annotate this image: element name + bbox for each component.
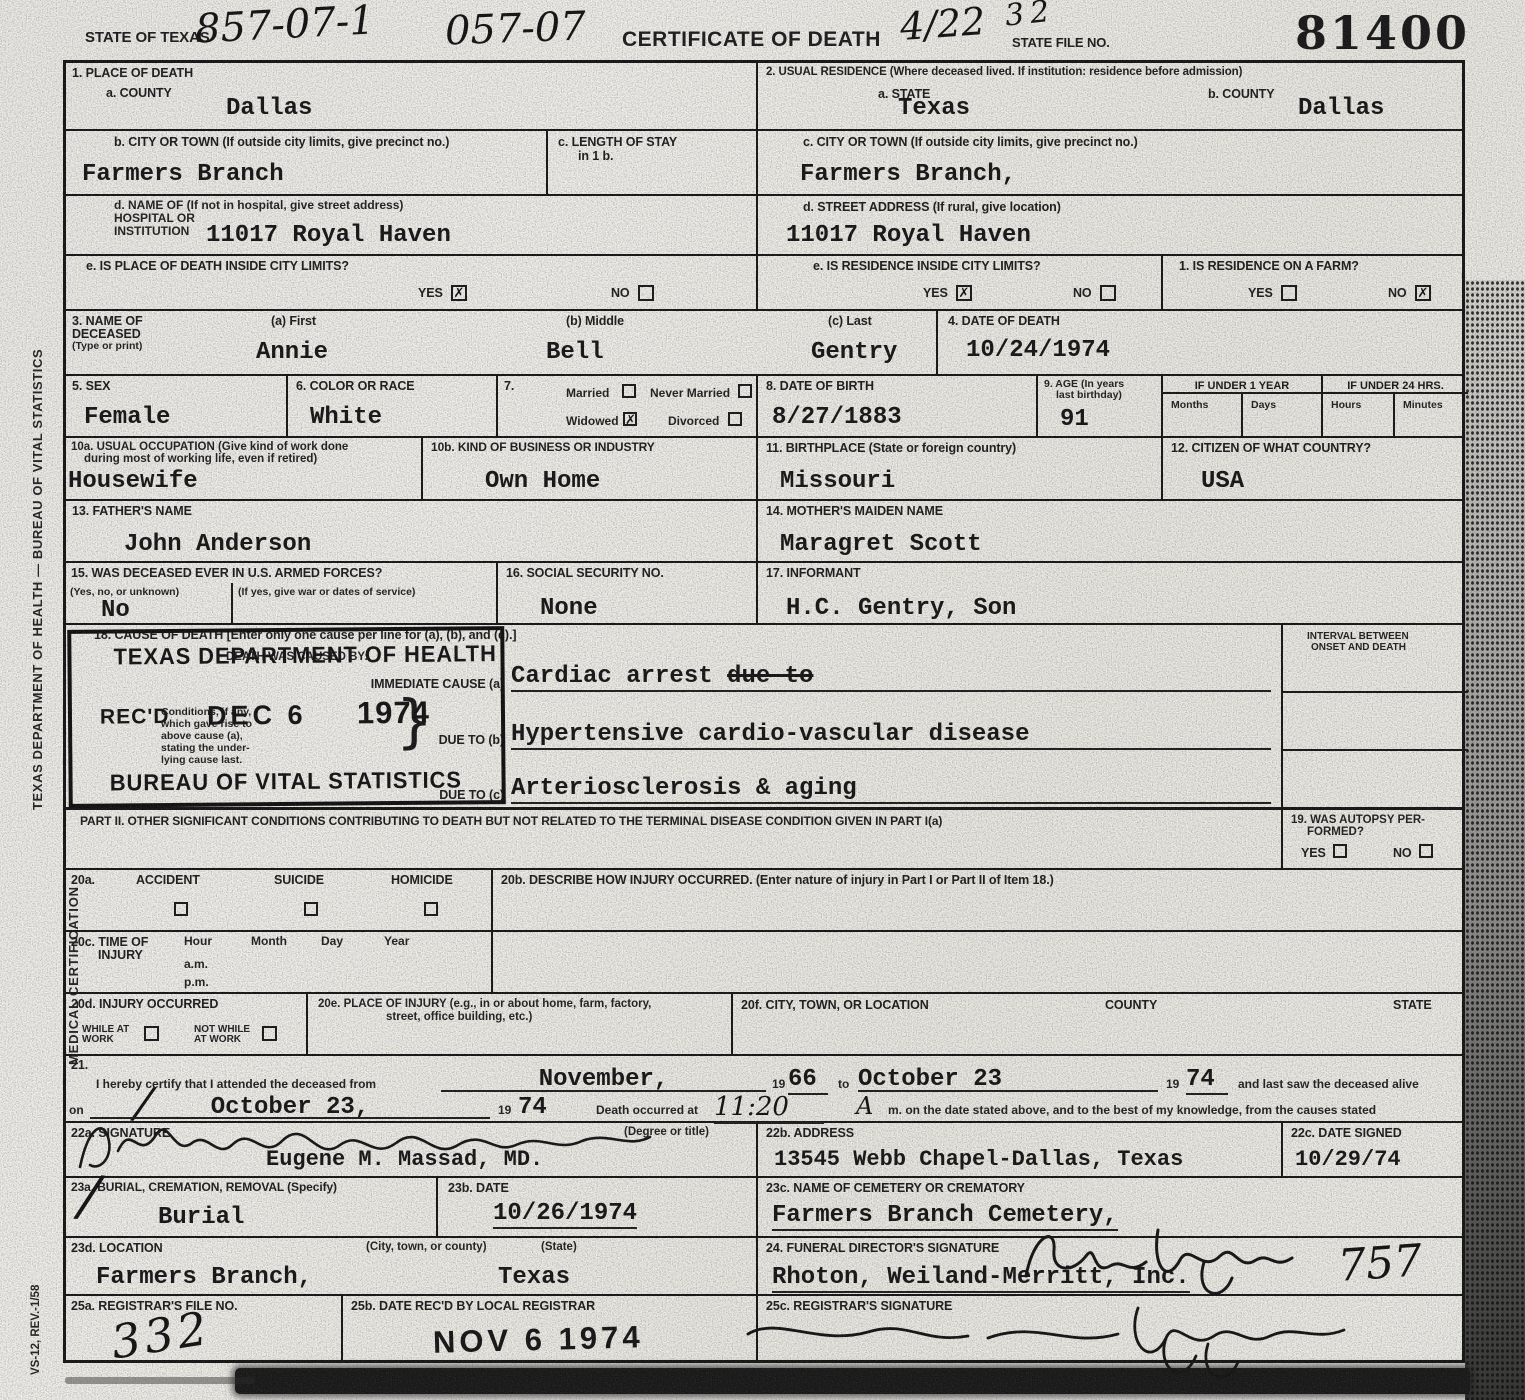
am-label: a.m. (184, 958, 208, 971)
certify-text-2: and last saw the deceased alive (1238, 1078, 1419, 1091)
certify-to-year: 74 (1186, 1066, 1228, 1095)
armed-forces-label: 15. WAS DECEASED EVER IN U.S. ARMED FORC… (71, 566, 382, 580)
field-registrar-date: 25b. DATE REC'D BY LOCAL REGISTRAR NOV 6… (341, 1296, 756, 1363)
name-first-label: (a) First (271, 314, 316, 328)
stamp-line-1: TEXAS DEPARTMENT OF HEALTH (113, 640, 496, 670)
row-12: 20a. ACCIDENT SUICIDE HOMICIDE 20b. DESC… (66, 870, 1462, 932)
row-11: PART II. OTHER SIGNIFICANT CONDITIONS CO… (66, 810, 1462, 870)
row-18: 23d. LOCATION (City, town, or county) (S… (66, 1238, 1462, 1296)
race-value: White (310, 404, 382, 431)
industry-value: Own Home (485, 468, 600, 495)
pm-label: p.m. (184, 976, 209, 989)
interval-label-2: ONSET AND DEATH (1311, 642, 1406, 653)
row-6: 5. SEX Female 6. COLOR OR RACE White 7. … (66, 376, 1462, 438)
field-injury-occurred: 20d. INJURY OCCURRED WHILE AT WORK NOT W… (66, 994, 306, 1054)
department-vertical-label: TEXAS DEPARTMENT OF HEALTH — BUREAU OF V… (30, 235, 45, 810)
field-place-of-injury: 20e. PLACE OF INJURY (e.g., in or about … (306, 994, 731, 1054)
certify-to-word: to (838, 1078, 849, 1091)
certify-from-value: November, (539, 1066, 669, 1093)
name-label-2: DECEASED (72, 327, 141, 341)
field-place-city: b. CITY OR TOWN (If outside city limits,… (66, 131, 546, 194)
usual-residence-label: 2. USUAL RESIDENCE (Where deceased lived… (766, 66, 1242, 79)
address-value: 13545 Webb Chapel-Dallas, Texas (774, 1147, 1183, 1172)
manner-label: 20a. (71, 873, 95, 887)
funeral-director-hw-number: 757 (1336, 1235, 1423, 1292)
field-physician-address: 22b. ADDRESS 13545 Webb Chapel-Dallas, T… (756, 1123, 1281, 1176)
accident-label: ACCIDENT (136, 873, 200, 887)
row-7: 10a. USUAL OCCUPATION (Give kind of work… (66, 438, 1462, 501)
dob-value: 8/27/1883 (772, 404, 902, 431)
field-birthplace: 11. BIRTHPLACE (State or foreign country… (756, 438, 1161, 499)
field-if-under-1-year: IF UNDER 1 YEAR Months Days (1161, 376, 1321, 436)
suicide-label: SUICIDE (274, 873, 324, 887)
field-manner-of-death: 20a. ACCIDENT SUICIDE HOMICIDE (66, 870, 491, 930)
citizen-label: 12. CITIZEN OF WHAT COUNTRY? (1171, 441, 1371, 455)
certify-to-line: October 23 (858, 1066, 1158, 1092)
page-header: STATE OF TEXAS 857-07-1 057-07 CERTIFICA… (0, 0, 1525, 60)
field-ssn: 16. SOCIAL SECURITY NO. None (496, 563, 756, 623)
how-injury-label: 20b. DESCRIBE HOW INJURY OCCURRED. (Ente… (501, 873, 1054, 887)
name-first-value: Annie (256, 339, 328, 366)
physician-signature (66, 1101, 706, 1179)
field-informant: 17. INFORMANT H.C. Gentry, Son (756, 563, 1468, 623)
field-race: 6. COLOR OR RACE White (286, 376, 496, 436)
residence-state-value: Texas (898, 95, 970, 122)
while-at-work-label-2: WORK (82, 1034, 114, 1045)
location-state-sub-label: (State) (541, 1241, 577, 1254)
field-how-injury-occurred: 20b. DESCRIBE HOW INJURY OCCURRED. (Ente… (491, 870, 1468, 930)
due-to-c-value: Arteriosclerosis & aging (511, 775, 1271, 804)
field-registrar-signature: 25c. REGISTRAR'S SIGNATURE (756, 1296, 1468, 1363)
row-1: 1. PLACE OF DEATH a. COUNTY Dallas 2. US… (66, 63, 1462, 131)
sex-label: 5. SEX (72, 379, 110, 393)
place-limits-no-checkbox (638, 285, 654, 301)
marital-label: 7. (504, 379, 514, 393)
row-9: 15. WAS DECEASED EVER IN U.S. ARMED FORC… (66, 563, 1462, 625)
part2-label: PART II. OTHER SIGNIFICANT CONDITIONS CO… (80, 815, 942, 828)
month-label: Month (251, 935, 287, 948)
farm-no-label: NO (1388, 286, 1407, 300)
name-last-label: (c) Last (828, 314, 872, 328)
months-label: Months (1171, 400, 1208, 412)
homicide-label: HOMICIDE (391, 873, 453, 887)
certify-ampm-value: A (856, 1092, 873, 1120)
field-name-of-deceased: 3. NAME OF DECEASED (Type or print) (a) … (66, 311, 936, 374)
row-5: 3. NAME OF DECEASED (Type or print) (a) … (66, 311, 1462, 376)
under-1-year-divider (1241, 394, 1243, 436)
autopsy-label-2: FORMED? (1307, 826, 1364, 839)
date-signed-label: 22c. DATE SIGNED (1291, 1126, 1402, 1140)
father-value: John Anderson (124, 531, 311, 558)
dob-label: 8. DATE OF BIRTH (766, 379, 874, 393)
scan-bottom-smudge-left (65, 1377, 255, 1384)
name-middle-value: Bell (546, 339, 604, 366)
field-mother: 14. MOTHER'S MAIDEN NAME Maragret Scott (756, 501, 1468, 561)
armed-forces-sub2: (If yes, give war or dates of service) (238, 587, 415, 599)
marital-never-checkbox (738, 384, 752, 398)
name-middle-label: (b) Middle (566, 314, 624, 328)
field-disposition-date: 23b. DATE 10/26/1974 (436, 1178, 756, 1236)
field-street-address: d. STREET ADDRESS (If rural, give locati… (756, 196, 1468, 254)
field-length-of-stay: c. LENGTH OF STAY in 1 b. (546, 131, 756, 194)
death-certificate-form: 1. PLACE OF DEATH a. COUNTY Dallas 2. US… (63, 60, 1465, 1363)
field-date-of-death: 4. DATE OF DEATH 10/24/1974 (936, 311, 1468, 374)
autopsy-label-1: 19. WAS AUTOPSY PER- (1291, 814, 1425, 827)
field-marital-status: 7. Married Never Married Widowed ✗ Divor… (496, 376, 756, 436)
place-limits-no-label: NO (611, 286, 630, 300)
field-hospital: d. NAME OF (If not in hospital, give str… (66, 196, 756, 254)
field-injury-city: 20f. CITY, TOWN, OR LOCATION COUNTY STAT… (731, 994, 1468, 1054)
residence-limits-label: e. IS RESIDENCE INSIDE CITY LIMITS? (813, 259, 1041, 273)
stamp-date: DEC 6 (207, 700, 307, 732)
handwritten-code-4: 32 (1003, 0, 1057, 34)
homicide-checkbox (424, 902, 438, 916)
autopsy-yes-checkbox (1333, 844, 1347, 858)
citizen-value: USA (1201, 468, 1244, 495)
occupation-label-1: 10a. USUAL OCCUPATION (Give kind of work… (71, 441, 348, 454)
place-limits-label: e. IS PLACE OF DEATH INSIDE CITY LIMITS? (86, 259, 349, 273)
ssn-label: 16. SOCIAL SECURITY NO. (506, 566, 664, 580)
immediate-cause-value: Cardiac arrest due to (511, 663, 1271, 692)
state-file-no-label: STATE FILE NO. (1012, 36, 1110, 51)
place-injury-label-1: 20e. PLACE OF INJURY (e.g., in or about … (318, 998, 651, 1011)
field-registrar-file: 25a. REGISTRAR'S FILE NO. 332 (66, 1296, 341, 1363)
residence-limits-no-checkbox (1100, 285, 1116, 301)
row-2: b. CITY OR TOWN (If outside city limits,… (66, 131, 1462, 196)
location-state-value: Texas (498, 1264, 570, 1291)
row-16: 22a. SIGNATURE (Degree or title) Eugene … (66, 1123, 1462, 1178)
handwritten-code-2: 057-07 (444, 4, 586, 55)
field-funeral-director: 24. FUNERAL DIRECTOR'S SIGNATURE Rhoton,… (756, 1238, 1468, 1294)
place-county-value: Dallas (226, 95, 312, 122)
location-city-sub-label: (City, town, or county) (366, 1241, 487, 1254)
field-armed-forces: 15. WAS DECEASED EVER IN U.S. ARMED FORC… (66, 563, 496, 623)
row-13: 20c. TIME OF INJURY Hour Month Day Year … (66, 932, 1462, 994)
farm-label: 1. IS RESIDENCE ON A FARM? (1179, 259, 1359, 273)
farm-no-checkbox: ✗ (1415, 285, 1431, 301)
field-residence-inside-limits: e. IS RESIDENCE INSIDE CITY LIMITS? YES … (756, 256, 1161, 309)
street-address-label: d. STREET ADDRESS (If rural, give locati… (803, 200, 1061, 214)
residence-limits-yes-checkbox: ✗ (956, 285, 972, 301)
field-time-of-injury: 20c. TIME OF INJURY Hour Month Day Year … (66, 932, 491, 992)
under-24-divider (1393, 394, 1395, 436)
field-age: 9. AGE (In years last birthday) 91 (1036, 376, 1161, 436)
time-injury-label-1: 20c. TIME OF (71, 935, 148, 949)
place-of-death-label: 1. PLACE OF DEATH (72, 66, 193, 80)
field-industry: 10b. KIND OF BUSINESS OR INDUSTRY Own Ho… (421, 438, 756, 499)
industry-label: 10b. KIND OF BUSINESS OR INDUSTRY (431, 441, 655, 454)
certify-number: 21. (71, 1058, 88, 1072)
field-autopsy: 19. WAS AUTOPSY PER- FORMED? YES NO (1281, 810, 1468, 868)
state-of-texas-label: STATE OF TEXAS (85, 30, 210, 47)
received-stamp: TEXAS DEPARTMENT OF HEALTH REC'D DEC 6 1… (67, 626, 506, 808)
disposition-date-value: 10/26/1974 (493, 1200, 637, 1229)
farm-yes-label: YES (1248, 286, 1273, 300)
accident-checkbox (174, 902, 188, 916)
field-residence-on-farm: 1. IS RESIDENCE ON A FARM? YES NO ✗ (1161, 256, 1468, 309)
marital-widowed-label: Widowed (566, 415, 619, 428)
year-label: Year (384, 935, 409, 948)
age-value: 91 (1060, 406, 1089, 433)
farm-yes-checkbox (1281, 285, 1297, 301)
field-how-injury-continued (491, 932, 1468, 992)
hour-label: Hour (184, 935, 212, 948)
not-while-checkbox (262, 1026, 277, 1041)
field-part2: PART II. OTHER SIGNIFICANT CONDITIONS CO… (66, 810, 1281, 868)
time-injury-label-2: INJURY (98, 948, 143, 962)
minutes-label: Minutes (1403, 400, 1443, 412)
stamp-line-3: BUREAU OF VITAL STATISTICS (110, 766, 462, 796)
name-label-1: 3. NAME OF (72, 314, 143, 328)
under-24-header: IF UNDER 24 HRS. (1323, 376, 1468, 394)
residence-city-value: Farmers Branch, (800, 161, 1016, 188)
autopsy-yes-label: YES (1301, 846, 1326, 860)
armed-forces-divider (231, 583, 233, 625)
state-file-number: 81400 (1295, 6, 1470, 60)
injury-state-label: STATE (1393, 998, 1432, 1012)
form-code-vertical-label: VS-12, REV.-1/58 (30, 1165, 42, 1375)
certify-from-line: November, (441, 1066, 766, 1092)
row-4: e. IS PLACE OF DEATH INSIDE CITY LIMITS?… (66, 256, 1462, 311)
field-interval-onset-death: INTERVAL BETWEEN ONSET AND DEATH (1281, 625, 1468, 807)
not-while-label-2: AT WORK (194, 1034, 241, 1045)
immediate-cause-text: Cardiac arrest (511, 663, 727, 690)
funeral-director-signature (1008, 1212, 1338, 1304)
residence-limits-no-label: NO (1073, 286, 1092, 300)
field-sex: 5. SEX Female (66, 376, 286, 436)
place-limits-yes-checkbox: ✗ (451, 285, 467, 301)
disposition-label: 23a. BURIAL, CREMATION, REMOVAL (Specify… (71, 1181, 337, 1194)
informant-label: 17. INFORMANT (766, 566, 861, 580)
mother-label: 14. MOTHER'S MAIDEN NAME (766, 504, 943, 518)
disposition-date-label: 23b. DATE (448, 1181, 509, 1195)
field-disposition: 23a. BURIAL, CREMATION, REMOVAL (Specify… (66, 1178, 436, 1236)
handwritten-code-3: 4/22 (899, 0, 987, 49)
field-if-under-24-hrs: IF UNDER 24 HRS. Hours Minutes (1321, 376, 1468, 436)
field-usual-residence: 2. USUAL RESIDENCE (Where deceased lived… (756, 63, 1468, 129)
stamp-recd: REC'D (100, 705, 170, 730)
stamp-year: 1974 (357, 695, 430, 732)
field-date-signed: 22c. DATE SIGNED 10/29/74 (1281, 1123, 1468, 1176)
date-of-death-label: 4. DATE OF DEATH (948, 314, 1060, 328)
certify-from-year: 66 (788, 1066, 828, 1095)
place-city-label: b. CITY OR TOWN (If outside city limits,… (114, 135, 449, 149)
date-of-death-value: 10/24/1974 (966, 337, 1110, 364)
row-19: 25a. REGISTRAR'S FILE NO. 332 25b. DATE … (66, 1296, 1462, 1363)
while-at-work-checkbox (144, 1026, 159, 1041)
ssn-value: None (540, 595, 598, 622)
field-father: 13. FATHER'S NAME John Anderson (66, 501, 756, 561)
immediate-cause-struck-text: due to (727, 663, 813, 690)
informant-value: H.C. Gentry, Son (786, 595, 1016, 622)
interval-line-b (1283, 749, 1468, 751)
name-last-value: Gentry (811, 339, 897, 366)
row-8: 13. FATHER'S NAME John Anderson 14. MOTH… (66, 501, 1462, 563)
interval-line-a (1283, 691, 1468, 693)
funeral-director-label: 24. FUNERAL DIRECTOR'S SIGNATURE (766, 1241, 999, 1255)
father-label: 13. FATHER'S NAME (72, 504, 192, 518)
birthplace-label: 11. BIRTHPLACE (State or foreign country… (766, 441, 1016, 455)
certify-to-value: October 23 (858, 1066, 1002, 1093)
place-county-label: a. COUNTY (106, 86, 172, 100)
injury-occurred-label: 20d. INJURY OCCURRED (71, 997, 218, 1011)
marital-divorced-label: Divorced (668, 415, 719, 428)
scan-edge-band (1465, 280, 1525, 1400)
length-of-stay-label-1: c. LENGTH OF STAY (558, 135, 677, 149)
cemetery-label: 23c. NAME OF CEMETERY OR CREMATORY (766, 1181, 1025, 1195)
injury-city-label: 20f. CITY, TOWN, OR LOCATION (741, 998, 929, 1012)
hospital-value: 11017 Royal Haven (206, 222, 451, 249)
address-label: 22b. ADDRESS (766, 1126, 854, 1140)
field-residence-city: c. CITY OR TOWN (If outside city limits,… (756, 131, 1468, 194)
field-occupation: 10a. USUAL OCCUPATION (Give kind of work… (66, 438, 421, 499)
marital-married-checkbox (622, 384, 636, 398)
birthplace-value: Missouri (780, 468, 895, 495)
registrar-date-label: 25b. DATE REC'D BY LOCAL REGISTRAR (351, 1299, 595, 1313)
interval-label-1: INTERVAL BETWEEN (1307, 631, 1409, 642)
sex-value: Female (84, 404, 170, 431)
age-label-2: last birthday) (1056, 390, 1122, 402)
location-label: 23d. LOCATION (71, 1241, 163, 1255)
occupation-label-2: during most of working life, even if ret… (84, 453, 317, 466)
certify-to-19: 19 (1166, 1078, 1179, 1091)
suicide-checkbox (304, 902, 318, 916)
residence-county-label: b. COUNTY (1208, 87, 1274, 101)
mother-value: Maragret Scott (780, 531, 982, 558)
armed-forces-value: No (101, 597, 130, 624)
row-14: 20d. INJURY OCCURRED WHILE AT WORK NOT W… (66, 994, 1462, 1056)
marital-married-label: Married (566, 387, 609, 400)
marital-widowed-checkbox: ✗ (623, 412, 637, 426)
certify-time-value: 11:20 (714, 1092, 824, 1124)
residence-limits-yes-label: YES (923, 286, 948, 300)
field-date-of-birth: 8. DATE OF BIRTH 8/27/1883 (756, 376, 1036, 436)
street-address-value: 11017 Royal Haven (786, 222, 1031, 249)
disposition-value: Burial (158, 1204, 244, 1231)
field-place-inside-limits: e. IS PLACE OF DEATH INSIDE CITY LIMITS?… (66, 256, 756, 309)
field-disposition-location: 23d. LOCATION (City, town, or county) (S… (66, 1238, 756, 1294)
under-1-year-label: IF UNDER 1 YEAR (1195, 380, 1290, 392)
registrar-signature (738, 1298, 1398, 1394)
date-signed-value: 10/29/74 (1295, 1147, 1401, 1172)
length-of-stay-label-2: in 1 b. (578, 149, 613, 163)
under-1-year-header: IF UNDER 1 YEAR (1163, 376, 1321, 394)
hospital-label-3: INSTITUTION (114, 225, 189, 238)
due-to-b-value: Hypertensive cardio-vascular disease (511, 721, 1271, 750)
registrar-date-stamp: NOV 6 1974 (433, 1319, 644, 1361)
hours-label: Hours (1331, 400, 1361, 412)
days-label: Days (1251, 400, 1276, 412)
place-city-value: Farmers Branch (82, 161, 284, 188)
place-limits-yes-label: YES (418, 286, 443, 300)
location-city-value: Farmers Branch, (96, 1264, 312, 1291)
handwritten-code-1: 857-07-1 (194, 0, 376, 53)
residence-city-label: c. CITY OR TOWN (If outside city limits,… (803, 135, 1138, 149)
residence-county-value: Dallas (1298, 95, 1384, 122)
autopsy-no-checkbox (1419, 844, 1433, 858)
injury-county-label: COUNTY (1105, 998, 1157, 1012)
place-injury-label-2: street, office building, etc.) (386, 1011, 532, 1024)
field-place-of-death: 1. PLACE OF DEATH a. COUNTY Dallas (66, 63, 756, 129)
certify-from-19: 19 (772, 1078, 785, 1091)
race-label: 6. COLOR OR RACE (296, 379, 415, 393)
certify-text-3: m. on the date stated above, and to the … (888, 1104, 1376, 1117)
row-3: d. NAME OF (If not in hospital, give str… (66, 196, 1462, 256)
autopsy-no-label: NO (1393, 846, 1412, 860)
field-citizen: 12. CITIZEN OF WHAT COUNTRY? USA (1161, 438, 1468, 499)
occupation-value: Housewife (68, 468, 198, 495)
certificate-title: CERTIFICATE OF DEATH (622, 28, 881, 52)
marital-divorced-checkbox (728, 412, 742, 426)
under-24-label: IF UNDER 24 HRS. (1347, 380, 1444, 392)
field-physician-signature: 22a. SIGNATURE (Degree or title) Eugene … (66, 1123, 756, 1176)
day-label: Day (321, 935, 343, 948)
name-label-3: (Type or print) (72, 341, 142, 353)
marital-never-label: Never Married (650, 387, 730, 400)
